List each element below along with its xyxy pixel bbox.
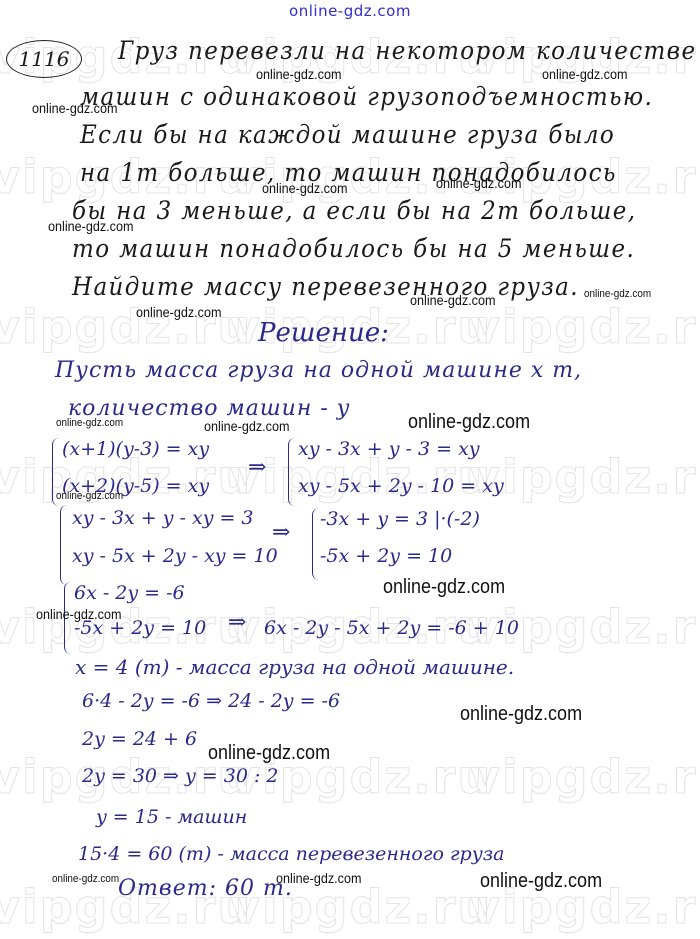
task-line: Груз перевезли на некотором количестве (118, 36, 696, 65)
site-link[interactable]: online-gdz.com (0, 2, 700, 20)
watermark: online-gdz.com (204, 418, 289, 434)
answer: Ответ: 60 т. (118, 876, 293, 901)
watermark: online-gdz.com (36, 606, 121, 622)
task-line: Найдите массу перевезенного груза. (72, 272, 579, 301)
task-line: бы на 3 меньше, а если бы на 2т больше, (72, 196, 636, 225)
watermark: online-gdz.com (480, 870, 602, 893)
background-watermark: vipgdz.ru (470, 300, 700, 354)
watermark: online-gdz.com (542, 66, 627, 82)
solution-intro-line: Пусть масса груза на одной машине x т, (55, 358, 582, 383)
equation: xy - 3x + y - xy = 3 (72, 507, 254, 529)
equation: xy - 5x + 2y - 10 = xy (298, 475, 504, 497)
implies-arrow: ⇒ (248, 455, 266, 480)
watermark: online-gdz.com (56, 490, 123, 502)
equation: 6x - 2y = -6 (74, 582, 185, 604)
equation: xy - 5x + 2y - xy = 10 (72, 545, 278, 567)
mass-result: 15·4 = 60 (т) - масса перевезенного груз… (78, 843, 504, 865)
task-line: машин с одинаковой грузоподъемностью. (80, 82, 653, 111)
sum-equation: 6x - 2y - 5x + 2y = -6 + 10 (264, 617, 519, 639)
watermark: online-gdz.com (136, 304, 221, 320)
system-brace (312, 508, 319, 580)
watermark: online-gdz.com (584, 288, 651, 300)
watermark: online-gdz.com (56, 417, 123, 429)
implies-arrow: ⇒ (272, 520, 290, 545)
y-result: y = 15 - машин (96, 806, 247, 828)
watermark: online-gdz.com (276, 870, 361, 886)
watermark: online-gdz.com (460, 703, 582, 726)
task-number-badge: 1116 (6, 40, 82, 78)
equation: -5x + 2y = 10 (320, 545, 452, 567)
watermark: online-gdz.com (32, 100, 117, 116)
system-brace (288, 438, 295, 506)
watermark: online-gdz.com (208, 742, 330, 765)
watermark: online-gdz.com (383, 576, 505, 599)
system-brace (60, 505, 67, 585)
solution-step: 6·4 - 2y = -6 ⇒ 24 - 2y = -6 (82, 690, 340, 712)
watermark: online-gdz.com (52, 873, 119, 885)
background-watermark: vipgdz.ru (470, 450, 700, 504)
background-watermark: vipgdz.ru (470, 750, 700, 804)
solution-step: 2y = 24 + 6 (82, 728, 197, 750)
task-line: на 1т больше, то машин понадобилось (80, 158, 617, 187)
equation: xy - 3x + y - 3 = xy (298, 438, 480, 460)
watermark: online-gdz.com (256, 66, 341, 82)
task-number: 1116 (19, 47, 70, 71)
solution-heading: Решение: (258, 318, 389, 348)
watermark: online-gdz.com (410, 292, 495, 308)
equation: (x+1)(y-3) = xy (62, 438, 209, 460)
watermark: online-gdz.com (436, 175, 521, 191)
task-line: Если бы на каждой машине груза было (80, 120, 615, 149)
watermark: online-gdz.com (48, 218, 133, 234)
watermark: online-gdz.com (262, 180, 347, 196)
equation: -3x + y = 3 |·(-2) (320, 508, 480, 530)
task-line: то машин понадобилось бы на 5 меньше. (72, 234, 635, 263)
watermark: online-gdz.com (408, 411, 530, 434)
x-result: x = 4 (т) - масса груза на одной машине. (75, 655, 514, 679)
implies-arrow: ⇒ (228, 610, 246, 635)
solution-step: 2y = 30 ⇒ y = 30 : 2 (82, 765, 278, 787)
